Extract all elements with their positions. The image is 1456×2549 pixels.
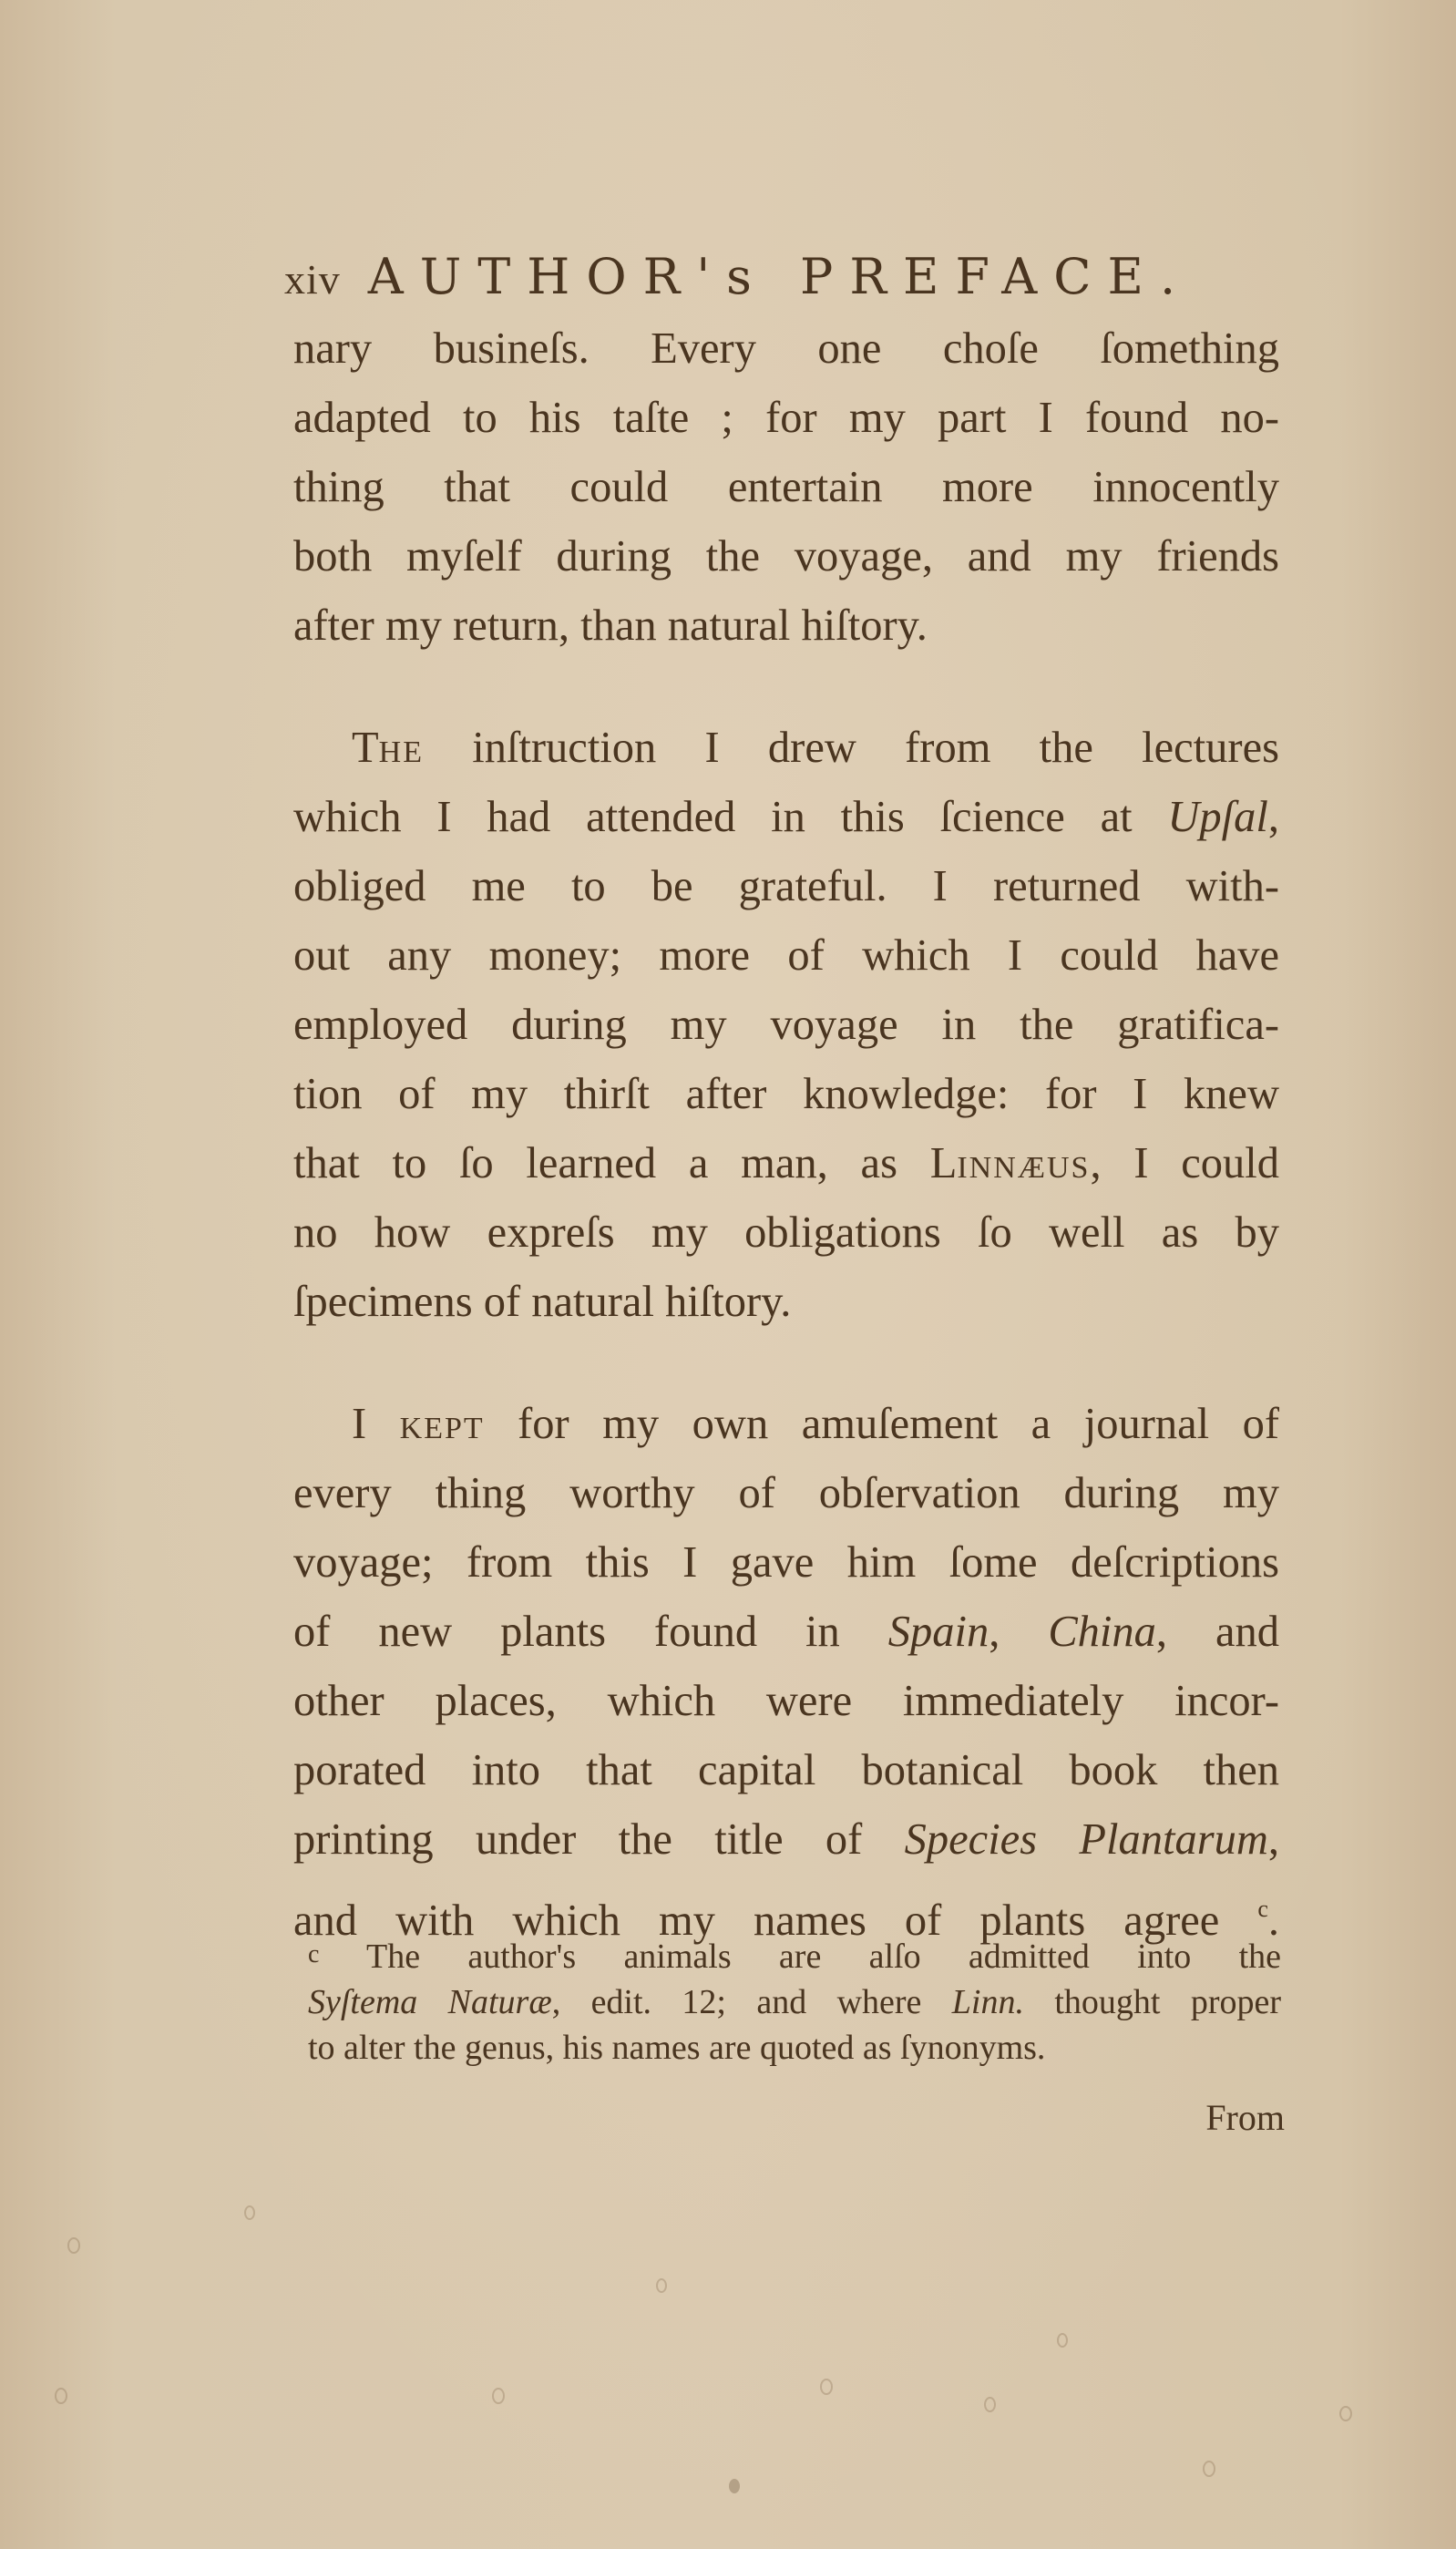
paper-foxing [1057,2333,1068,2348]
footnote: c The author's animals are alſo admitted… [308,1932,1281,2071]
line-text: inſtruction I drew from the lectures [424,724,1279,772]
drop-lead-cap: I [352,1400,366,1448]
catchword: From [1205,2096,1285,2139]
paper-foxing [984,2397,996,2412]
italic-place-name: Spain [888,1608,989,1656]
paper-foxing [729,2479,740,2493]
paper-foxing [244,2205,255,2220]
paper-foxing [1339,2406,1352,2421]
line-text: , and [1156,1608,1279,1656]
footnote-mark: c [308,1940,319,1968]
line-text: thought proper [1024,1983,1281,2021]
running-header: xiv AUTHOR's PREFACE. [284,248,1296,305]
line-text: printing under the title of [293,1815,905,1864]
footnote-line: Syſtema Naturæ, edit. 12; and where Linn… [308,1979,1281,2025]
small-caps-lead: he [379,724,424,772]
paragraph-2: The inſtruction I drew from the lectures… [293,714,1279,1337]
text-line: thing that could entertain more innocent… [293,453,1279,522]
italic-work-title: Syſtema Naturæ [308,1983,552,2021]
text-line: out any money; more of which I could hav… [293,921,1279,991]
line-text: The author's animals are alſo admitted i… [319,1937,1281,1976]
text-line: employed during my voyage in the gratifi… [293,991,1279,1060]
page-number: xiv [284,255,341,303]
name-cap: L [930,1139,958,1187]
paper-foxing [492,2388,505,2404]
small-caps-name: innæus [957,1139,1090,1187]
italic-book-title: Species Plantarum [905,1815,1268,1864]
italic-place-name: Upſal [1167,793,1267,841]
small-caps-lead: kept [400,1400,485,1448]
line-text: , edit. 12; and where [552,1983,952,2021]
drop-lead-cap: T [352,724,379,772]
text-line: I kept for my own amuſement a journal of [293,1390,1279,1459]
text-line: of new plants found in Spain, China, and [293,1598,1279,1667]
footnote-line: to alter the genus, his names are quoted… [308,2025,1281,2071]
text-line: ſpecimens of natural hiſtory. [293,1268,1279,1337]
text-line: The inſtruction I drew from the lectures [293,714,1279,783]
text-line: printing under the title of Species Plan… [293,1805,1279,1875]
line-text: of new plants found in [293,1608,888,1656]
paper-foxing [820,2379,833,2395]
paper-foxing [656,2278,667,2293]
text-line: porated into that capital botanical book… [293,1736,1279,1805]
body-text: nary busineſs. Every one choſe ſomething… [293,314,1279,1956]
text-line: adapted to his taſte ; for my part I fou… [293,384,1279,453]
text-line: every thing worthy of obſervation during… [293,1459,1279,1528]
text-line: that to ſo learned a man, as Linnæus, I … [293,1129,1279,1198]
text-line: tion of my thirſt after knowledge: for I… [293,1060,1279,1129]
paragraph-3: I kept for my own amuſement a journal of… [293,1390,1279,1956]
text-line: other places, which were immediately inc… [293,1667,1279,1736]
line-text: , I could [1090,1139,1279,1187]
italic-abbreviation: Linn. [952,1983,1024,2021]
paper-foxing [67,2237,80,2254]
text-line: after my return, than natural hiſtory. [293,591,1279,661]
running-title: AUTHOR's PREFACE. [368,248,1192,305]
text-line: obliged me to be grateful. I returned wi… [293,852,1279,921]
line-text: for my own amuſement a journal of [485,1400,1279,1448]
line-text: that to ſo learned a man, as [293,1139,930,1187]
paper-foxing [55,2388,67,2404]
text-line: nary busineſs. Every one choſe ſomething [293,314,1279,384]
text-line: both myſelf during the voyage, and my fr… [293,522,1279,591]
text-line: voyage; from this I gave him ſome deſcri… [293,1528,1279,1598]
footnote-line: c The author's animals are alſo admitted… [308,1932,1281,1979]
footnote-reference[interactable]: c [1257,1896,1268,1922]
text-line: no how expreſs my obligations ſo well as… [293,1198,1279,1268]
text-line: which I had attended in this ſcience at … [293,783,1279,852]
paper-foxing [1203,2461,1215,2477]
paragraph-1: nary busineſs. Every one choſe ſomething… [293,314,1279,661]
line-text: which I had attended in this ſcience at [293,793,1167,841]
italic-place-name: China [1048,1608,1156,1656]
